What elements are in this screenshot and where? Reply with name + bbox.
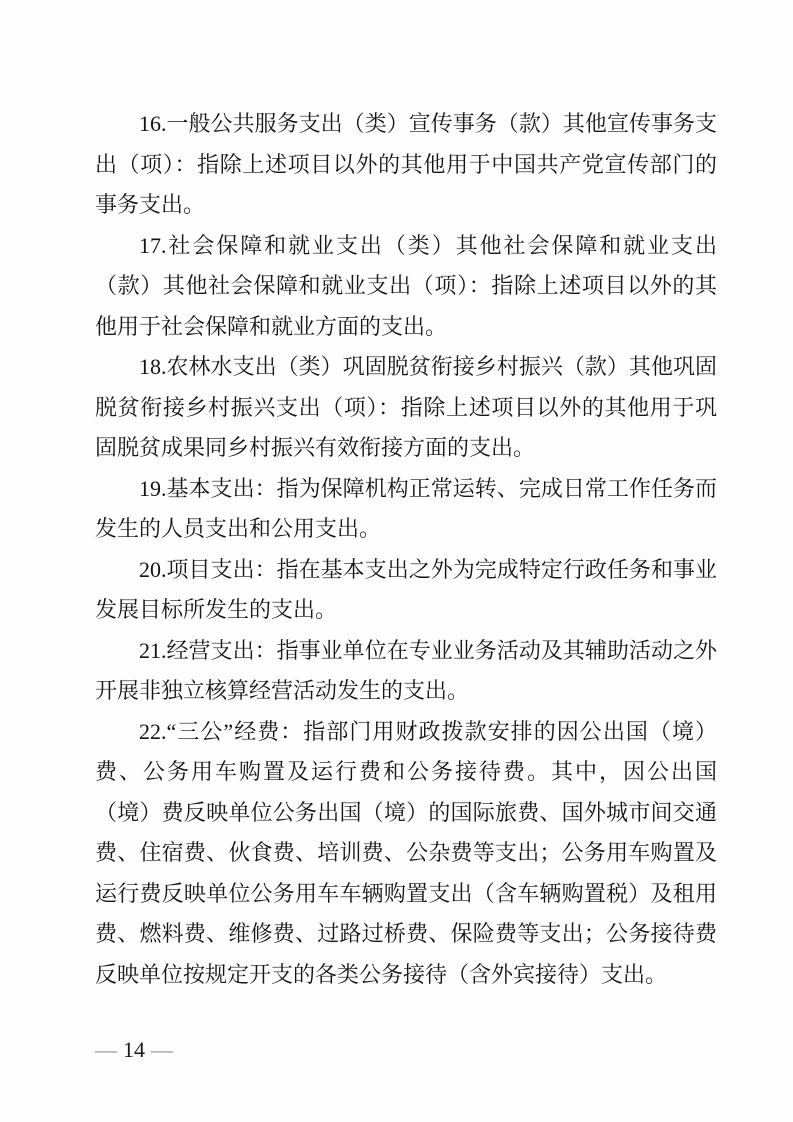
paragraph-item-21: 21.经营支出：指事业单位在专业业务活动及其辅助活动之外开展非独立核算经营活动发… bbox=[95, 631, 717, 712]
document-page: 16.一般公共服务支出（类）宣传事务（款）其他宣传事务支出（项）：指除上述项目以… bbox=[0, 0, 793, 1122]
paragraph-item-22: 22.“三公”经费：指部门用财政拨款安排的因公出国（境）费、公务用车购置及运行费… bbox=[95, 712, 717, 996]
paragraph-item-19: 19.基本支出：指为保障机构正常运转、完成日常工作任务而发生的人员支出和公用支出… bbox=[95, 469, 717, 550]
paragraph-item-17: 17.社会保障和就业支出（类）其他社会保障和就业支出（款）其他社会保障和就业支出… bbox=[95, 226, 717, 348]
paragraph-item-18: 18.农林水支出（类）巩固脱贫衔接乡村振兴（款）其他巩固脱贫衔接乡村振兴支出（项… bbox=[95, 347, 717, 469]
page-footer: —14— bbox=[95, 1036, 173, 1064]
paragraph-item-20: 20.项目支出：指在基本支出之外为完成特定行政任务和事业发展目标所发生的支出。 bbox=[95, 550, 717, 631]
footer-dash-right: — bbox=[151, 1037, 173, 1062]
document-body: 16.一般公共服务支出（类）宣传事务（款）其他宣传事务支出（项）：指除上述项目以… bbox=[95, 104, 717, 995]
page-number: 14 bbox=[123, 1036, 145, 1064]
footer-dash-left: — bbox=[95, 1037, 117, 1062]
paragraph-item-16: 16.一般公共服务支出（类）宣传事务（款）其他宣传事务支出（项）：指除上述项目以… bbox=[95, 104, 717, 226]
